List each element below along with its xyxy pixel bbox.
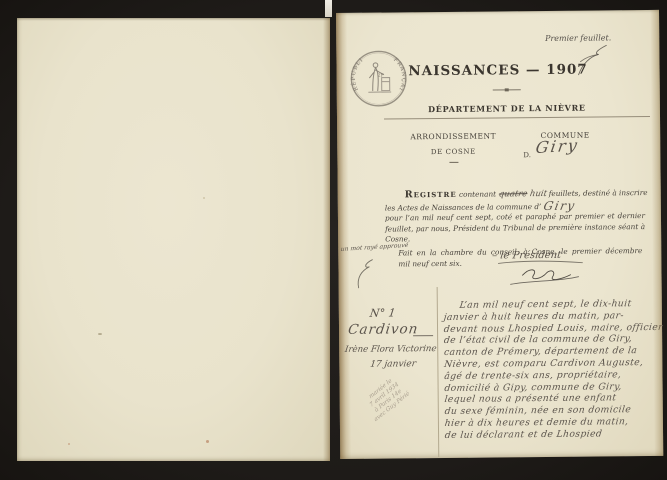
paper-speck xyxy=(98,333,102,335)
department-heading: DÉPARTEMENT DE LA NIÈVRE xyxy=(357,102,657,115)
commune-handwritten-value: Giry xyxy=(534,135,580,157)
closing-line-2: mil neuf cent six. xyxy=(398,259,462,269)
registre-struck-word: quatre xyxy=(498,189,528,200)
president-signature-icon xyxy=(494,260,586,289)
paper-speck xyxy=(206,440,209,443)
arrondissement-label: ARRONDISSEMENT xyxy=(393,131,513,141)
page-title: NAISSANCES — 1907 xyxy=(356,61,639,80)
act-body-text: L’an mil neuf cent sept, le dix-huit jan… xyxy=(443,298,662,442)
registre-line1-end: feuillets, destiné à inscrire xyxy=(549,188,648,198)
act-number: N° 1 xyxy=(369,306,396,319)
arrondissement-dash xyxy=(449,162,458,163)
binding-paper-sliver xyxy=(325,0,332,17)
left-blank-page xyxy=(17,18,330,461)
act-surname: Cardivon xyxy=(347,321,419,338)
commune-de-label: D. xyxy=(523,151,531,159)
registre-lead-word: Registre xyxy=(405,189,457,200)
act-line: de lui déclarant et de Lhospied xyxy=(444,428,663,442)
registre-line-5: Cosne. xyxy=(385,232,645,245)
surname-flourish-dash xyxy=(413,335,433,336)
registre-paragraph: Registre contenant quatre huit feuillets… xyxy=(385,188,646,245)
registre-line2-text: les Actes de Naissances de la commune d’ xyxy=(385,202,542,213)
register-title-page: Premier feuillet. RÉPUBLIQUE FRANÇAISE 2… xyxy=(336,10,663,459)
arrondissement-value: DE COSNE xyxy=(393,147,513,156)
registre-commune-handwritten: Giry xyxy=(542,200,576,211)
margin-correction-note: un mot rayé approuvé xyxy=(340,242,403,253)
marriage-marginal-note: mariée le 7 avril 1934 à Paris 14e avec … xyxy=(346,360,428,437)
registre-contenant: contenant xyxy=(459,189,496,198)
correction-paraph-icon xyxy=(348,258,378,292)
title-divider xyxy=(493,89,521,90)
horizontal-rule xyxy=(384,116,650,120)
paper-speck xyxy=(203,197,205,199)
act-given-names: Irène Flora Victorine xyxy=(344,344,437,355)
paper-speck xyxy=(68,443,70,445)
act-margin-rule xyxy=(437,287,440,457)
